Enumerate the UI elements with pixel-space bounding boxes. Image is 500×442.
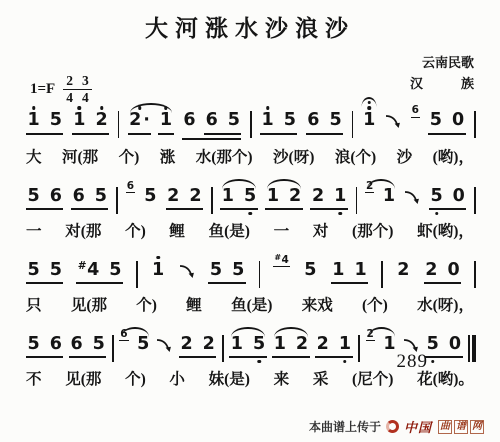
note: #4 bbox=[76, 262, 101, 280]
barline bbox=[474, 111, 476, 138]
fermata-icon bbox=[362, 97, 377, 107]
augmentation-dot: · bbox=[143, 110, 149, 130]
note: 5 bbox=[303, 262, 318, 280]
final-barline bbox=[468, 335, 476, 362]
note-group: 65 bbox=[119, 336, 151, 354]
note: 1 bbox=[265, 188, 280, 206]
grace-note: #4 bbox=[273, 255, 290, 268]
note: 5 bbox=[26, 188, 41, 206]
note-group: 65 bbox=[306, 112, 343, 135]
note: 1 bbox=[353, 262, 368, 280]
note-group: 15 bbox=[260, 112, 297, 135]
barline bbox=[259, 261, 261, 288]
sharp-sign: # bbox=[78, 261, 87, 272]
note: 2 bbox=[288, 188, 303, 206]
notation-line: 55#45155#4511220 bbox=[26, 247, 476, 297]
watermark-brand-char: 网 bbox=[470, 420, 484, 434]
barline bbox=[222, 335, 224, 362]
note-group: 50 bbox=[429, 188, 466, 211]
note-group: 12 bbox=[265, 188, 302, 211]
note: 1 bbox=[331, 262, 346, 280]
page-number: 289 bbox=[397, 351, 429, 373]
note: 2 bbox=[166, 188, 181, 206]
note: 2 bbox=[315, 336, 330, 354]
note-group: #45 bbox=[76, 262, 123, 285]
note: 6 bbox=[71, 188, 86, 206]
note: 1 bbox=[158, 112, 173, 135]
note: 5 bbox=[93, 188, 108, 206]
tonic-label: 1=F bbox=[30, 81, 55, 98]
note: 5 bbox=[429, 188, 444, 206]
note: 5 bbox=[328, 112, 343, 130]
note-group: 56 bbox=[26, 336, 63, 359]
credits: 云南民歌 汉族 bbox=[410, 52, 474, 95]
barline bbox=[356, 187, 358, 214]
note: 2 bbox=[94, 112, 109, 130]
note: 1 bbox=[337, 336, 352, 354]
note-group: 12 bbox=[272, 336, 309, 359]
grace-note: 6 bbox=[119, 329, 128, 342]
barline bbox=[112, 335, 114, 362]
note: 5 bbox=[226, 112, 241, 130]
note: 6 bbox=[48, 336, 63, 354]
note: 1 bbox=[272, 336, 287, 354]
score-area: 15122·166515651650大河(那个)涨水(那个)沙(呀)浪(个)沙(… bbox=[26, 97, 476, 395]
note: 6 bbox=[182, 112, 197, 130]
notation-line: 15122·166515651650 bbox=[26, 97, 476, 149]
note: 1 bbox=[150, 262, 165, 280]
note: 0 bbox=[446, 262, 461, 280]
note: 1 bbox=[220, 188, 235, 206]
grace-note: 6 bbox=[411, 105, 420, 118]
note-group: 65 bbox=[204, 112, 241, 135]
watermark-brand-boxed: 曲谱网 bbox=[438, 420, 484, 434]
note: 2 bbox=[201, 336, 216, 354]
note-group: 55 bbox=[26, 262, 63, 285]
note-group: 665 bbox=[182, 112, 242, 140]
credit-source: 云南民歌 bbox=[422, 55, 474, 70]
barline bbox=[211, 187, 213, 214]
note: 2 bbox=[396, 262, 411, 280]
note-group: 22 bbox=[166, 188, 203, 211]
note-group: 21 bbox=[365, 188, 397, 206]
note: 5 bbox=[26, 336, 41, 354]
barline bbox=[136, 261, 138, 288]
glissando-down-icon bbox=[385, 112, 402, 129]
note-group: 21 bbox=[366, 336, 398, 354]
note-group: 2·1 bbox=[128, 112, 174, 135]
note: 5 bbox=[108, 262, 123, 280]
note: 0 bbox=[451, 188, 466, 206]
note: 1 bbox=[72, 112, 87, 130]
note: 6 bbox=[48, 188, 63, 206]
glissando-down-icon bbox=[404, 188, 421, 205]
barline bbox=[118, 111, 120, 138]
barline bbox=[352, 111, 354, 138]
note: 2 bbox=[294, 336, 309, 354]
watermark-prefix: 本曲谱上传于 bbox=[309, 418, 381, 435]
note-group: 50 bbox=[428, 112, 465, 135]
note: 2 bbox=[310, 188, 325, 206]
barline bbox=[116, 187, 118, 214]
note: 0 bbox=[447, 336, 462, 354]
meter-numerator: 2 bbox=[66, 74, 73, 88]
barline bbox=[474, 261, 476, 288]
barline bbox=[358, 335, 360, 362]
watermark-brand-char: 曲 bbox=[438, 420, 452, 434]
note: 6 bbox=[306, 112, 321, 130]
note-group: 21 bbox=[310, 188, 347, 211]
note: 2 bbox=[424, 262, 439, 280]
grace-note: 6 bbox=[126, 181, 135, 194]
note-group: 20 bbox=[424, 262, 461, 285]
glissando-down-icon bbox=[156, 336, 173, 353]
note: 2 bbox=[179, 336, 194, 354]
note: 5 bbox=[48, 112, 63, 130]
notation-line: 566565221512212150 bbox=[26, 173, 476, 223]
barline bbox=[474, 187, 476, 214]
note-group: 56 bbox=[26, 188, 63, 211]
note: 1 bbox=[260, 112, 275, 130]
barline bbox=[381, 261, 383, 288]
meter-numerator: 3 bbox=[82, 74, 89, 88]
note: 6 bbox=[69, 336, 84, 354]
note: 1 bbox=[26, 112, 41, 130]
note-group: 12 bbox=[72, 112, 109, 135]
note: 2 bbox=[188, 188, 203, 206]
note-group: 22 bbox=[179, 336, 216, 359]
note-group: 11 bbox=[331, 262, 368, 285]
glissando-down-icon bbox=[403, 336, 420, 353]
note: 1 bbox=[362, 112, 377, 130]
note: 5 bbox=[242, 188, 257, 206]
note-group: 65 bbox=[69, 336, 106, 359]
music-system: 566565221512212150一对(那个)鲤鱼(是)一对(那个)虾(哟)， bbox=[26, 173, 476, 241]
note: 5 bbox=[48, 262, 63, 280]
note: 1 bbox=[381, 188, 396, 206]
note-group: 50 bbox=[425, 336, 462, 359]
barline bbox=[250, 111, 252, 138]
note-group: 21 bbox=[315, 336, 352, 359]
grace-note: 2 bbox=[365, 181, 374, 194]
watermark: 本曲谱上传于 中国 曲谱网 bbox=[309, 417, 484, 436]
note: 5 bbox=[231, 262, 246, 280]
note: 5 bbox=[26, 262, 41, 280]
note: 0 bbox=[450, 112, 465, 130]
music-system: 55#45155#4511220只见(那个)鲤鱼(是)来戏(个)水(呀)， bbox=[26, 247, 476, 315]
song-title: 大河涨水沙浪沙 bbox=[0, 10, 500, 43]
sharp-sign: # bbox=[274, 254, 281, 262]
note: 5 bbox=[91, 336, 106, 354]
note-group: 15 bbox=[220, 188, 257, 211]
note: 5 bbox=[282, 112, 297, 130]
note: 1 bbox=[382, 336, 397, 354]
glissando-down-icon bbox=[179, 262, 196, 279]
note: 2· bbox=[128, 112, 152, 135]
note: 5 bbox=[208, 262, 223, 280]
note: 5 bbox=[251, 336, 266, 354]
note: 5 bbox=[143, 188, 158, 206]
note: 1 bbox=[333, 188, 348, 206]
music-system: 15122·166515651650大河(那个)涨水(那个)沙(呀)浪(个)沙(… bbox=[26, 97, 476, 167]
note-group: 15 bbox=[229, 336, 266, 359]
note: 6 bbox=[204, 112, 219, 130]
watermark-brand: 中国 bbox=[404, 417, 432, 436]
note: 1 bbox=[229, 336, 244, 354]
credit-ethnic: 汉族 bbox=[410, 73, 474, 94]
qupu-logo-icon bbox=[386, 420, 399, 433]
note-group: 15 bbox=[26, 112, 63, 135]
note-group: 55 bbox=[208, 262, 245, 285]
note-group: 65 bbox=[71, 188, 108, 211]
watermark-brand-char: 谱 bbox=[454, 420, 468, 434]
grace-note: 2 bbox=[366, 329, 375, 342]
note: 5 bbox=[428, 112, 443, 130]
note: 5 bbox=[136, 336, 151, 354]
